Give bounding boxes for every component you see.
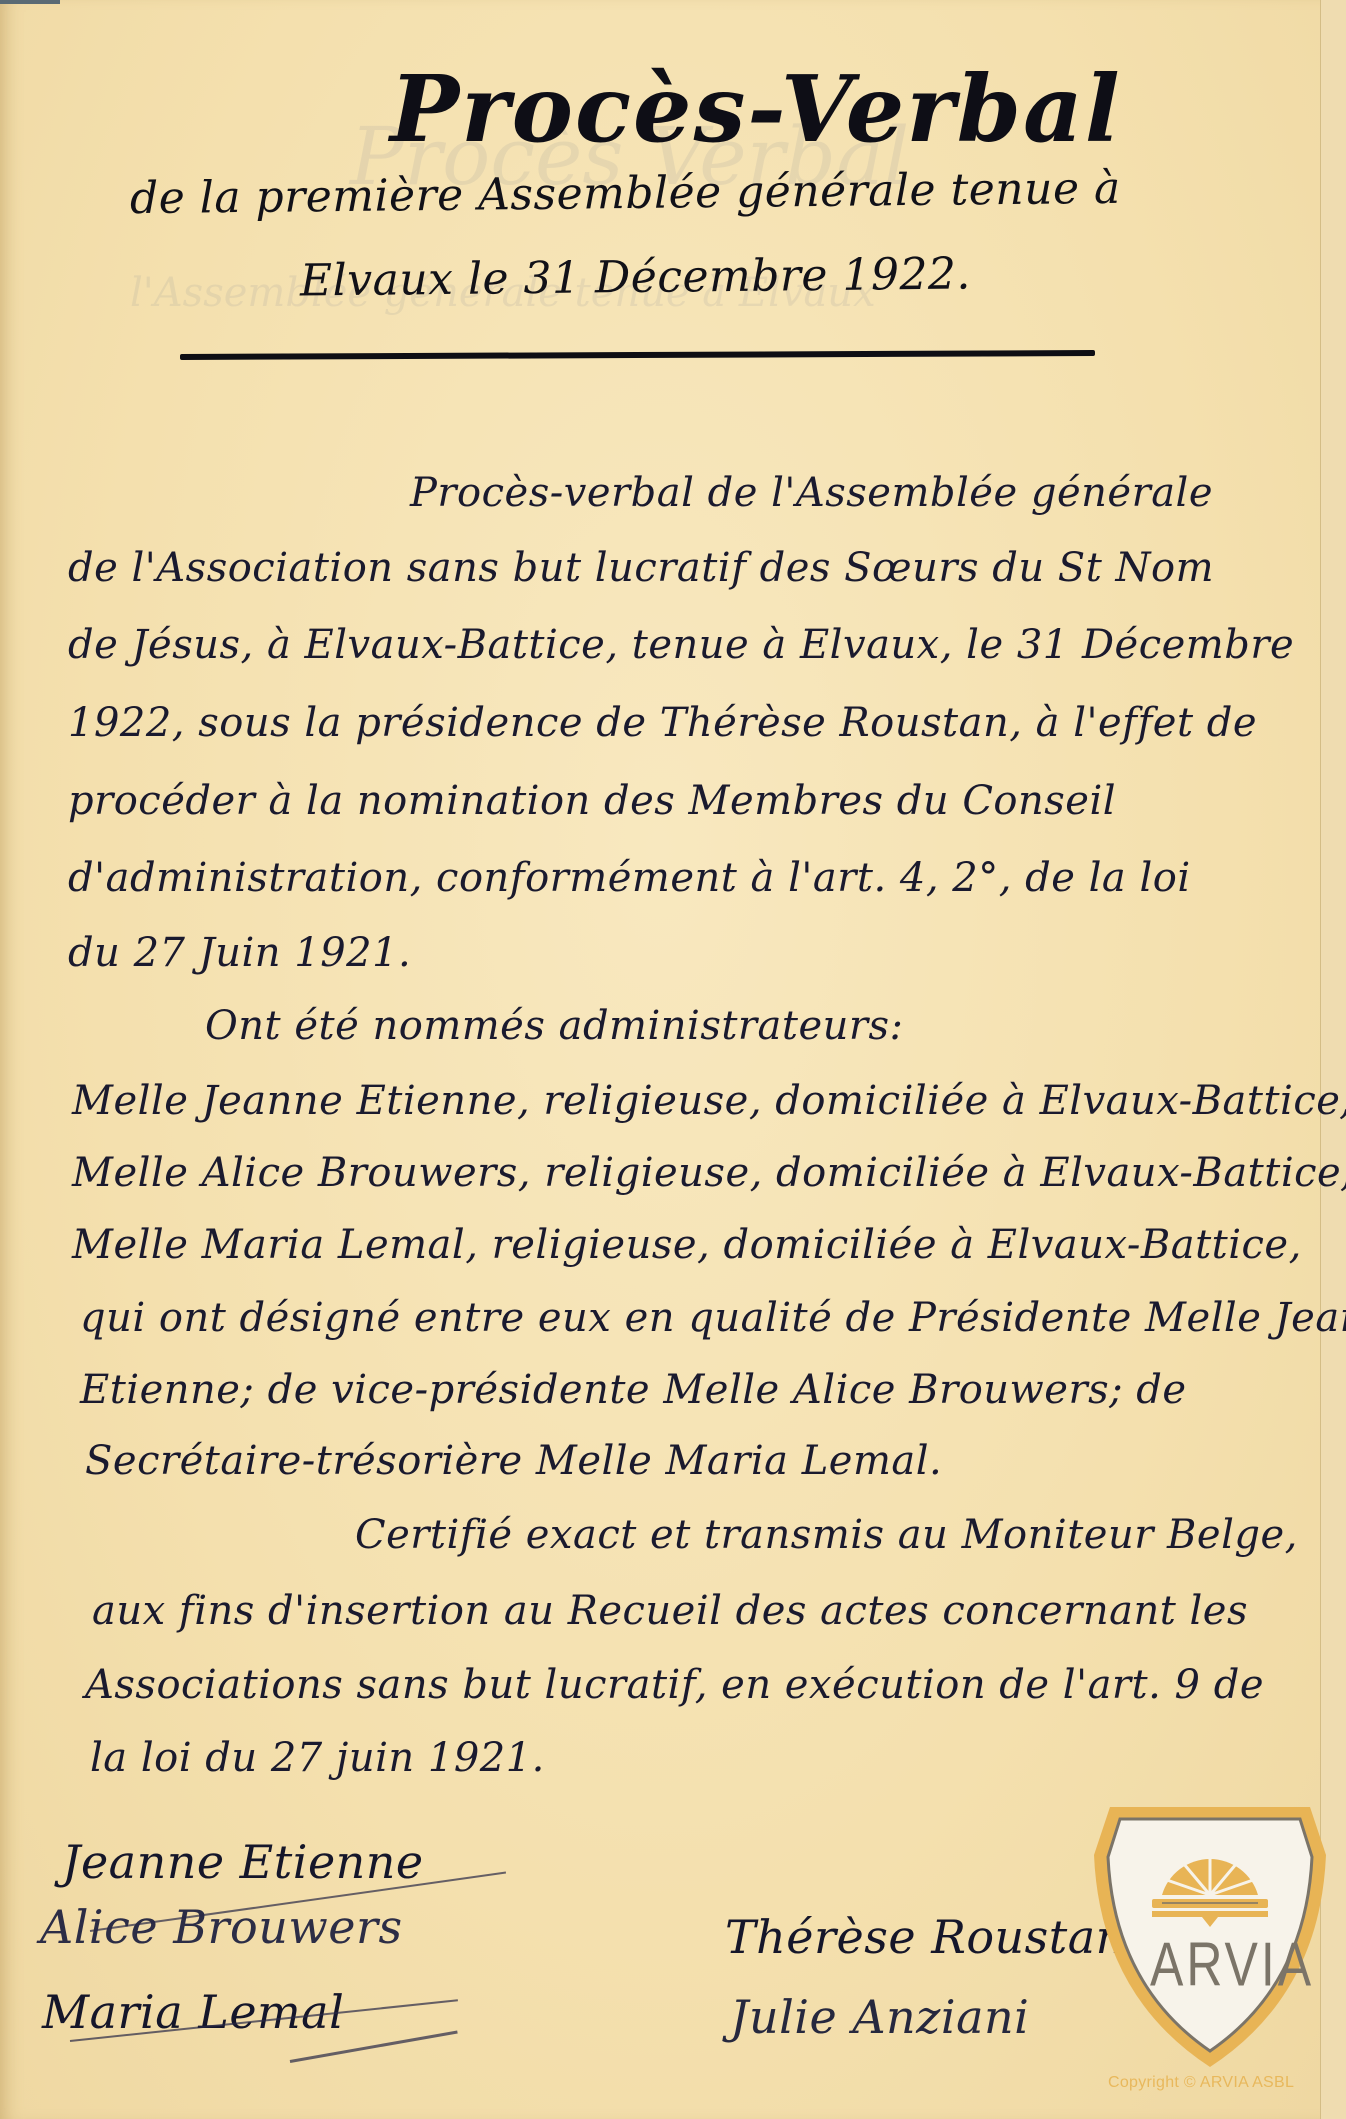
signature-alice-brouwers: Alice Brouwers (40, 1900, 403, 1954)
body-line: aux fins d'insertion au Recueil des acte… (92, 1588, 1248, 1634)
body-line: Ont été nommés administrateurs: (205, 1003, 904, 1049)
arvia-logo-text: ARVIA (1150, 1928, 1295, 2001)
body-line: Melle Maria Lemal, religieuse, domicilié… (72, 1222, 1302, 1268)
document-subtitle-line1: de la première Assemblée générale tenue … (130, 163, 1121, 224)
copyright-notice: Copyright © ARVIA ASBL (1108, 2074, 1294, 2092)
body-line: Procès-verbal de l'Assemblée générale (410, 470, 1213, 516)
body-line: 1922, sous la présidence de Thérèse Rous… (68, 700, 1257, 746)
body-line: Certifié exact et transmis au Moniteur B… (355, 1512, 1298, 1558)
body-line: procéder à la nomination des Membres du … (68, 778, 1116, 824)
body-line: Etienne; de vice-présidente Melle Alice … (80, 1367, 1187, 1413)
body-line: la loi du 27 juin 1921. (90, 1735, 545, 1781)
body-line: Melle Jeanne Etienne, religieuse, domici… (72, 1078, 1346, 1124)
body-line: d'administration, conformément à l'art. … (68, 855, 1191, 901)
signature-julie-anziani: Julie Anziani (730, 1990, 1029, 2044)
document-title: Procès-Verbal (390, 55, 1122, 163)
body-line: Associations sans but lucratif, en exécu… (85, 1662, 1264, 1708)
body-line: Melle Alice Brouwers, religieuse, domici… (72, 1150, 1346, 1196)
document-subtitle-line2: Elvaux le 31 Décembre 1922. (300, 248, 971, 306)
signature-therese-roustan: Thérèse Roustan (725, 1910, 1126, 1964)
signature-maria-lemal: Maria Lemal (42, 1985, 344, 2039)
body-line: qui ont désigné entre eux en qualité de … (80, 1295, 1346, 1341)
body-line: de l'Association sans but lucratif des S… (68, 545, 1214, 591)
body-line: de Jésus, à Elvaux-Battice, tenue à Elva… (68, 622, 1294, 668)
scan-edge (0, 0, 60, 4)
body-line: du 27 Juin 1921. (68, 930, 411, 976)
body-line: Secrétaire-trésorière Melle Maria Lemal. (85, 1438, 942, 1484)
signature-jeanne-etienne: Jeanne Etienne (62, 1835, 424, 1889)
